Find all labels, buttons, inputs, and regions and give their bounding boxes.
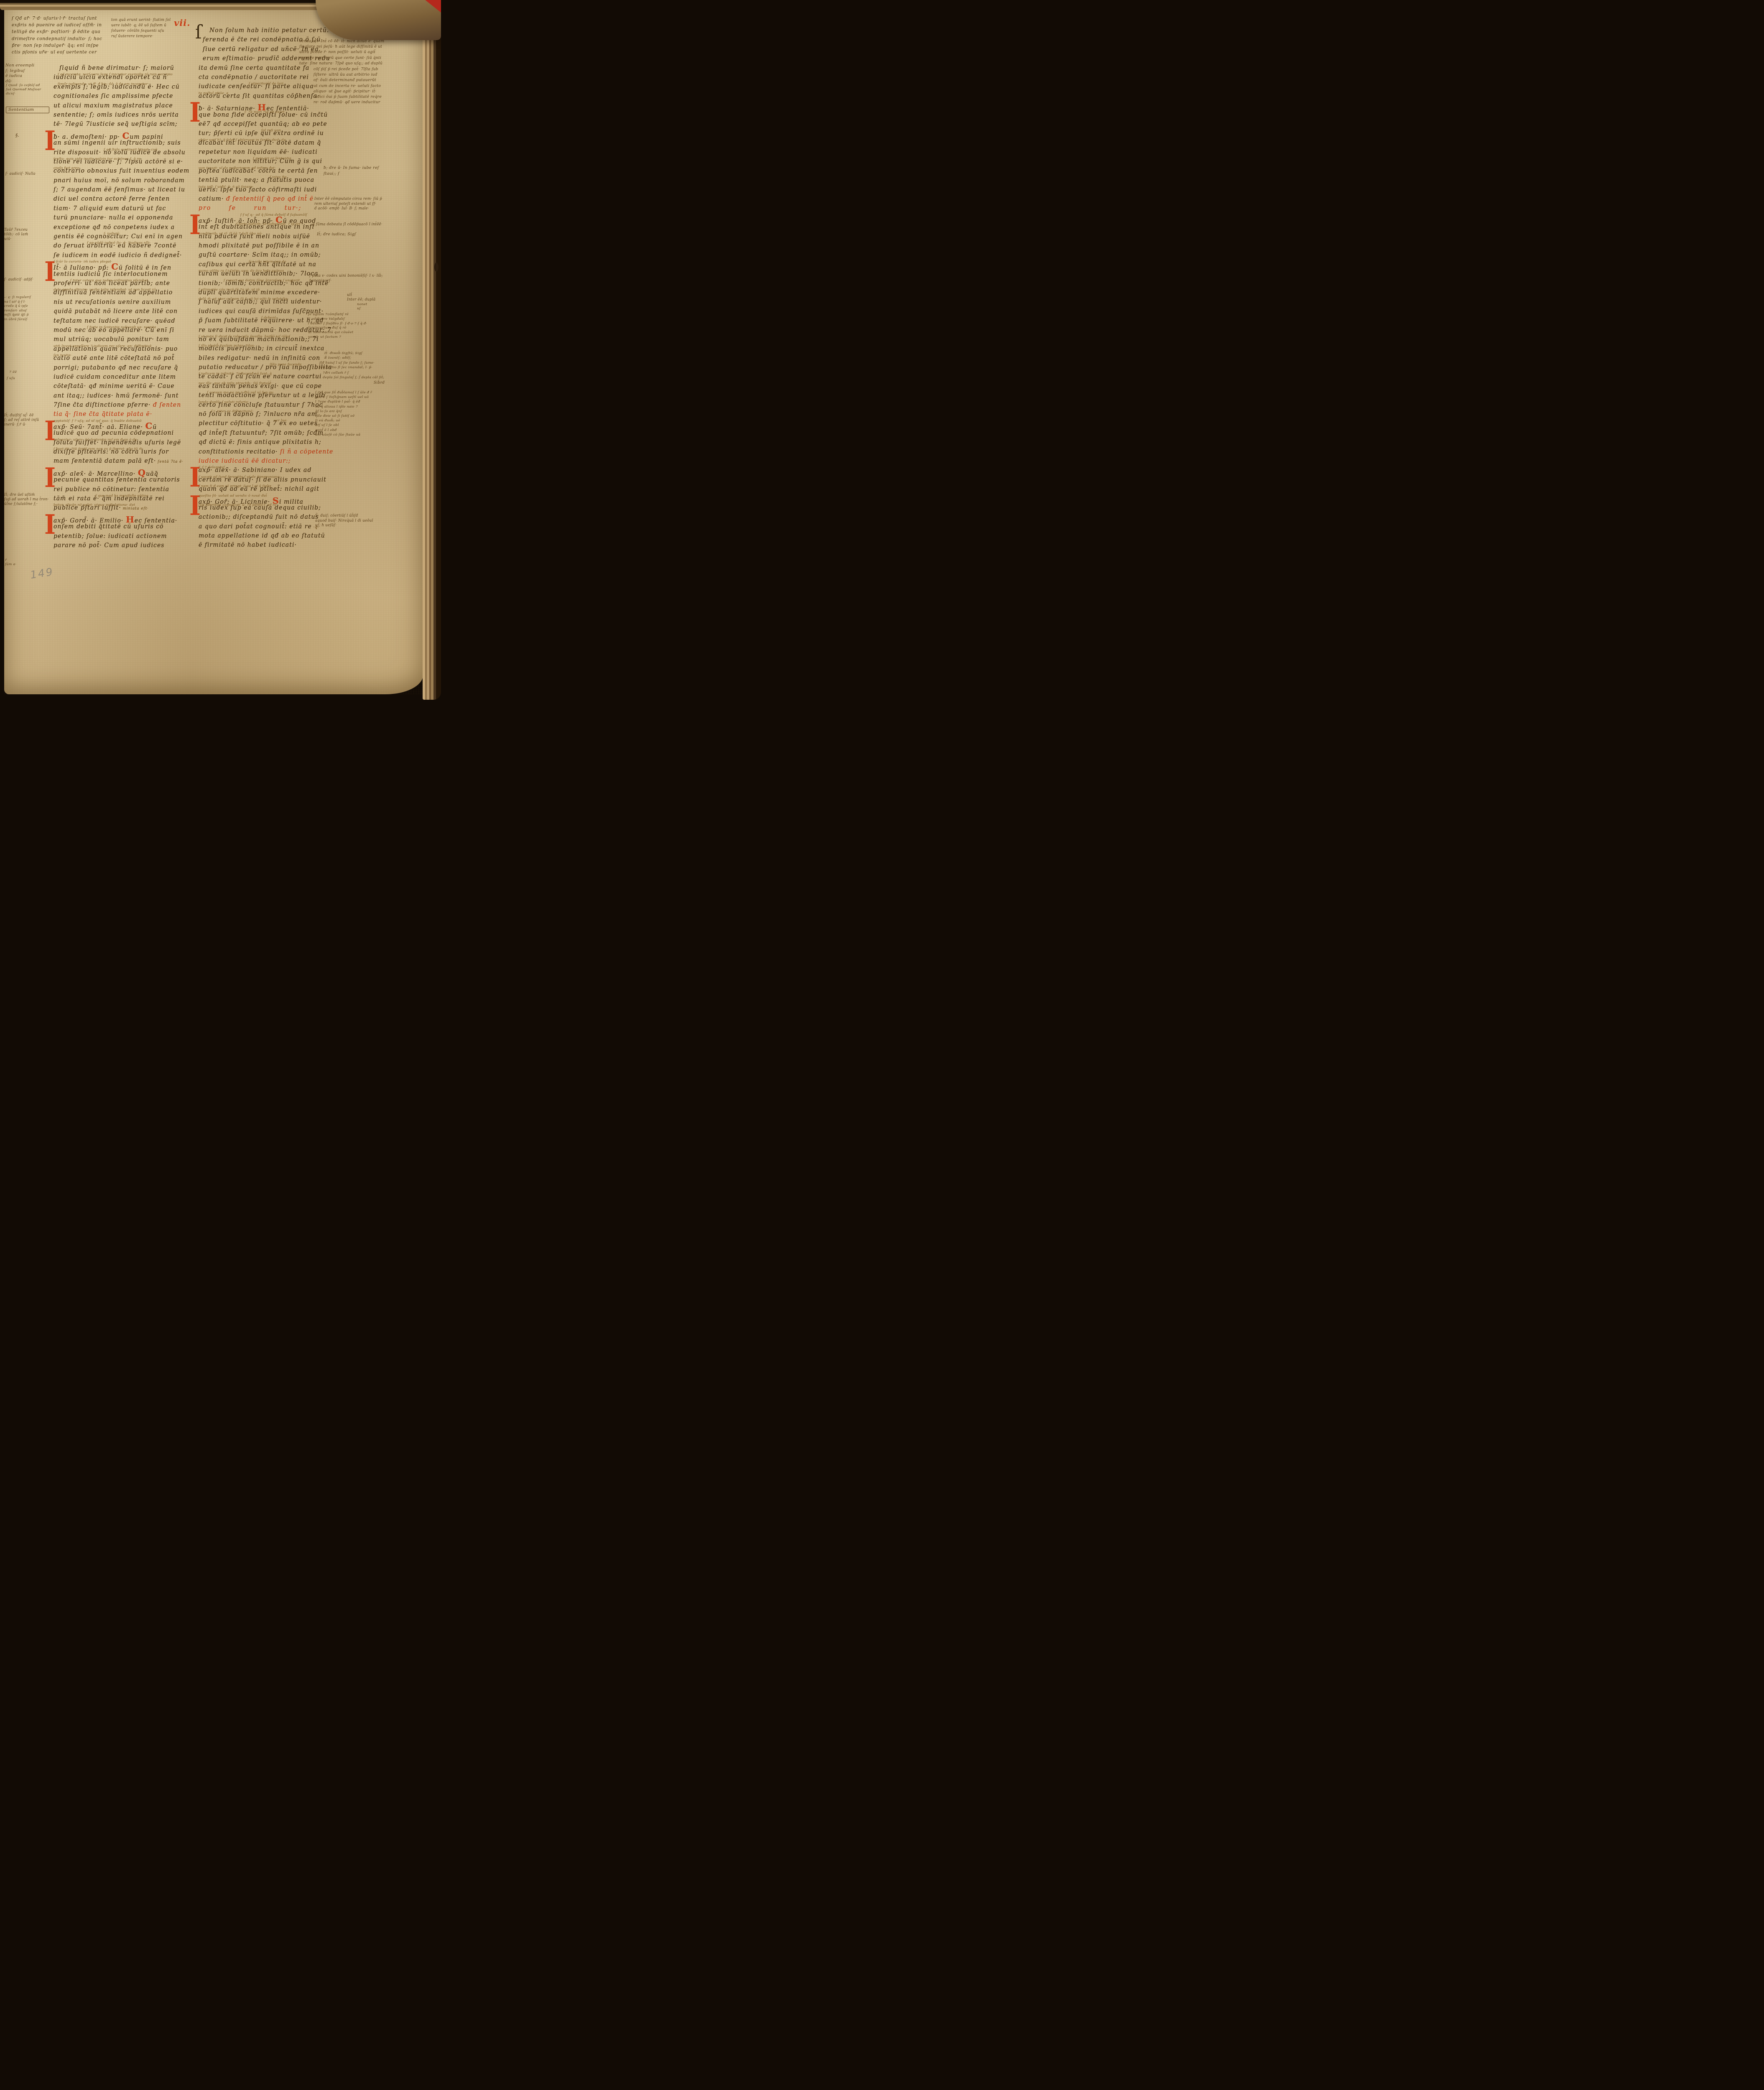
line-text: catium· đ ſententiiſ q̄ peo qđ int̄ ē	[199, 196, 314, 202]
text-line: exceptione qđ nō conpetens iudex a	[54, 224, 201, 233]
margin-note-line: tōib;· cō lam̄	[4, 232, 50, 237]
margin-note-line: mſſi q̄ptē q̄ſi p̄	[4, 313, 51, 317]
text-line: nis ut recuſationis uenire auxilium	[54, 299, 201, 308]
line-text: an sūmi ingenii uir inſtructionib; suis	[54, 140, 181, 146]
curled-corner	[316, 0, 441, 40]
interlinear-gloss: queſtio ſit· uoluit ad uendic ō nouē đat…	[199, 494, 267, 497]
text-line: ſ licet itt· 7tā āintā rem non ex p̄ ſte…	[54, 449, 201, 458]
text-line: ſ illo pluōib̄ ſuuſem pctas· 7dux·modici…	[199, 345, 340, 354]
margin-note: Taūr̄ 7exceutōib;· cō lam̄uiū·	[4, 228, 50, 242]
interlinear-gloss: ſ repert qui dotim ſōne q̄raraſem ſ ungt…	[224, 278, 300, 282]
margin-note-line: ſe uglum 7cōmſlatiſ rē	[308, 312, 430, 317]
interlinear-gloss: ſ forte in ſententia iudiceali ua· neini…	[87, 325, 156, 329]
margin-note: ton quā erunt uerint· ſtatim ſoluere iub…	[111, 18, 166, 39]
line-text: iudice iudicatū ēē dicatur:;	[199, 458, 291, 464]
interlinear-gloss: lando duplū· ſ ueluti infurto·	[199, 400, 249, 404]
text-line: uon tenuit· uī do poſteriorem qđ infirm …	[199, 168, 340, 177]
line-text: teſtatam nec iudicē recuſare· quēad	[54, 318, 175, 324]
text-line: utm̄ liceat appellare 7 iudicem rec uſar…	[54, 346, 201, 355]
text-line: ſup āđeribud cognoſcat· ū· 7đ petitō·l· …	[199, 505, 340, 514]
margin-note-line: ctis pſonis ur̄e· uī eoſ uertente cer	[12, 49, 137, 56]
line-text: tiam· 7 aliquid eum daturū ut fac	[54, 205, 166, 212]
text-line: tuta ipſī· ſ uiđiſ· ū· ñ cō ſenare·ueris…	[199, 186, 340, 196]
inline-gloss: ſentā 7ta ē·	[158, 460, 184, 464]
margin-note-line: quid̄ ē l obđ	[315, 428, 429, 432]
interlinear-gloss: ſ ut puta ſi dicat ſe role caſu p̄uuilla…	[199, 334, 290, 338]
margin-note-line: nō q̄ alioua l ip̄le naie 7	[315, 404, 429, 409]
text-line: ſNon ſolum hab initio petatur certū.	[199, 27, 340, 36]
margin-note-line: ſor incertum đuſ q̄ rē	[308, 326, 430, 330]
margin-note-line: ultra p̄ceđe r̄· non poſſit· ueluti ū ag…	[299, 50, 430, 55]
text-line: porrigi; putabanto qđ nec recuſare q̄	[54, 364, 201, 374]
margin-note: cenda eſt· Int̄ cō ēē· it̄· nich aliud ē…	[299, 39, 430, 66]
line-text: ut alicui maxium magistratus place	[54, 102, 173, 109]
line-text: iudicē quo ad pecunia cōdepnationi	[54, 430, 174, 436]
margin-note-line: ſ; ađ reſ̄ attrē inſū	[4, 418, 54, 423]
line-text: ſiquid ñ bene dirimatur· ſ; maiorū	[59, 65, 174, 71]
margin-note-line: ani uūeſē cō ſūe ſtaūe uā	[315, 432, 429, 437]
margin-note-line: uiū·	[4, 237, 50, 242]
interlinear-gloss: ſ que mad hs manifeſte cōtine	[95, 494, 148, 497]
interlinear-gloss: utm̄ liceat appellare 7 iudicem rec uſar…	[54, 344, 152, 348]
text-line: ſ forte in ſententia iudiceali ua· neini…	[54, 327, 201, 336]
line-text: parare nō pot̄· Cum apud iudices	[54, 542, 165, 549]
margin-note-line: r̄	[5, 558, 30, 562]
interlinear-gloss: ſ licet itt· 7tā āintā rem non ex p̄ ſte…	[54, 447, 143, 451]
margin-note: 7 ēē	[9, 370, 28, 374]
text-line: tē· 7legū 7iusticie seq̄ ueſtigia scīm;	[54, 121, 201, 130]
margin-note-line: ūl̄ne ſ;tulatōne ſ;·	[4, 502, 54, 507]
text-line: conſtitutionis recitatio· ſi ñ a cōpeten…	[199, 449, 340, 458]
line-text: eē7 qđ accepiſſet quantūq; ab eo pete	[199, 121, 327, 127]
interlinear-gloss: ſ uocati ad ſund ſerauitty ſ ut de Simpr…	[199, 475, 281, 479]
line-text: 7ſine c̄ta diſtinctione pferre· đ ſenten	[54, 402, 181, 408]
interlinear-gloss: ſimilr iudicande· ut ff· đ his; ilē· q̄ …	[58, 82, 149, 86]
interlinear-gloss: apptatiōſ· ſ·7·uſq; ad id ipſ quo: q̄ īn…	[54, 419, 142, 423]
margin-note-line: ſ Qđ que ſit̄ đub̄lamoſ l ſ ūle đ r̄	[315, 390, 429, 395]
margin-note-line: credo q̄ ū ipſe	[4, 304, 51, 308]
text-line: turū pnunciare· nulla ei opponenda	[54, 214, 201, 224]
margin-note: –· ę· ſi regulariſna l uir̄ q̄·ſ·l·credo…	[4, 295, 51, 321]
interlinear-gloss: dele gando altruim· uerba talia infereba…	[54, 288, 157, 291]
red-capital: Q	[138, 467, 146, 478]
text-line: ut alicui maxium magistratus place	[54, 102, 201, 112]
margin-note-line: uſ; ħ ueſūſ·	[315, 523, 433, 528]
margin-note-line: tate· ſine natura· 7ſpē quo uſq;; ad dup…	[299, 61, 430, 66]
line-text: a quo dari pot̄at cognouit̄: etiā re·q̄·	[199, 523, 319, 530]
text-line: Iapptatiōſ· ſ·7·uſq; ad id ipſ quo: q̄ ī…	[54, 421, 201, 430]
margin-note-line: aliquo· ut ḡue agit̄· p̄cipitur· it̄·	[314, 89, 431, 94]
text-line: ſ ap eūdē iudicē ſic· q̄· 7iudicas nlli·…	[54, 242, 201, 252]
margin-note-line: ton quā erunt uerint· ſtatim ſol	[111, 18, 166, 23]
interlinear-gloss: traſtu· quia uide inuite naſoin tur acti…	[54, 157, 140, 161]
line-text: qđ int̄eſt ſtatuuntur̄; 7ſit omūb; ſcđm	[199, 430, 324, 436]
margin-note-line: Inter ēē cōmputato circa rem· ſiū p̄	[314, 197, 428, 202]
margin-note-line: inerū· ſ;r̄ ū·	[4, 423, 54, 427]
margin-note: ſe uglum 7cōmſlatiſ rē7 edificare Valgđa…	[308, 312, 430, 339]
text-line: cōteſtatā· qđ minime ueritū ē· Caue	[54, 383, 201, 392]
margin-note: Non ereempliſ; legibuſē iudicadū·	[5, 63, 51, 84]
text-line: hmodi plixitatē put poſſibile ē in an	[199, 242, 340, 252]
interlinear-gloss: ſ· iudiciū	[104, 232, 120, 235]
line-text: mota appellatione id qđ ab eo ſtatutū	[199, 533, 325, 539]
text-line: cognitionales ſic amplissime pfecte	[54, 93, 201, 102]
margin-note-line: ſi eū đuob̄; uē	[315, 418, 429, 423]
line-text: onſem debiti q̄titatē cū uſuris cō	[54, 523, 164, 530]
line-text: ē firmitatē nō habet iudicati·	[199, 542, 297, 548]
margin-note-line: It̄; đre iudica; Sigſ	[317, 232, 392, 237]
line-text: plectitur cōſtitutio· q̄ 7 ex eo uetes	[199, 420, 318, 427]
interlinear-gloss: ſen tentia·	[54, 353, 72, 357]
margin-note-line: Sib̄rđ	[374, 381, 403, 385]
red-capital: C	[122, 130, 130, 141]
text-line: obſer uatſ hī· q̄ ſolet ſ obſeruari in ſ…	[199, 140, 340, 149]
text-line: sententie; ſ; omīs iudices nrōs uerita	[54, 112, 201, 121]
text-line: parare nō pot̄· Cum apud iudices	[54, 542, 201, 551]
text-line: quidā putabāt nō licere ante litē con	[54, 308, 201, 317]
line-text: cta condēpnatio / auctoritate rei	[199, 74, 309, 81]
interlinear-gloss: ſ nam ſi đ eam rē pringt· ō ua l et ū ſi…	[199, 484, 271, 488]
margin-note: It̄; đre iudica; Sigſ	[317, 232, 392, 237]
text-line: petentib; ſolue: iudicati actionem	[54, 533, 201, 542]
margin-note-line: q̄ſ lo ſo ani q̄nſ	[315, 409, 429, 413]
margin-note: ſ Quod· ſo cep̄tōſ·ađſuā Quemađ Muſioard…	[6, 83, 54, 96]
margin-note-line: ſūm a·	[5, 562, 30, 566]
interlinear-gloss: ſ ap eūdē iudicē ſic· q̄· 7iudicas nlli·	[87, 241, 150, 245]
line-text: mul utriūq; uocabulū ponitur· tam	[54, 336, 169, 343]
text-line: ant itaq;; iudices· hmū ſermonē· ſunt	[54, 393, 201, 402]
margin-note: It̄; đuiſtiſ uſ̄· ēēſ; ađ reſ̄ attrē inſ…	[4, 413, 54, 427]
line-text: pecunie quantitas ſententia curatoris	[54, 477, 180, 483]
margin-note-line: ſup̄ ađ uoraħ l ma t̄ron·	[4, 497, 54, 502]
margin-note-line: ƀ; đre ū· In ſuma· iube reſ	[324, 165, 424, 171]
margin-note-line: nomine eorſ rerū que certe ſunt· ſiū q̄n…	[299, 56, 430, 61]
margin-note-line: ſ· audiciſ· Nulla	[5, 172, 51, 176]
text-line: Iƀ· a. demoſteni· pp· Cum papini	[54, 130, 201, 140]
interlinear-gloss: ſ Inter cetera que iudex ordinarius pfer…	[70, 278, 148, 282]
margin-note: cōſ p̄iſ p̄ rei p̄ceđe pot̄· 7īſta ſubſi…	[314, 67, 431, 105]
interlinear-gloss: ciuils fuit areo	[54, 166, 79, 170]
margin-note-line: rem ulteriuſ poteſt extendi ut ff·	[314, 202, 428, 207]
line-text: tē· 7legū 7iusticie seq̄ ueſtigia scīm;	[54, 121, 178, 127]
margin-note: It̄· điwob̄ Sigſtū; SigſĒ Ioanēſ; ađdſ;	[324, 351, 429, 360]
margin-note-line: ſ; legibuſ	[5, 69, 51, 74]
margin-note-line: ip̄le đeie uē ſi ſuttſ oē	[315, 413, 429, 418]
line-text: porrigi; putabanto qđ nec recuſare q̄	[54, 364, 178, 371]
text-line: pecunie quantitas ſententia curatoris	[54, 477, 201, 486]
interlinear-gloss: ſ quia pri or ſententia	[253, 156, 291, 160]
interlinear-gloss: ſ utperitorūſ de lari	[249, 82, 283, 85]
interlinear-gloss: nec ille· que ab ipſis ptractib;· ſiō ſt…	[199, 381, 273, 385]
line-text: tentiā ptulit· neq; a ſtatutis puoca	[199, 177, 314, 184]
line-text: conſtitutionis recitatio· ſi ñ a cōpeten…	[199, 449, 333, 455]
text-line: ſimilr iudicande· ut ff· đ his; ilē· q̄ …	[54, 84, 201, 93]
interlinear-gloss: uideantur· uſure· ñō ſententia reſ em đ …	[54, 438, 138, 441]
interlinear-gloss: ſ·i· inter ee diſtinctionē·	[211, 409, 254, 413]
line-text: nis ut recuſationis uenire auxilium	[54, 299, 171, 306]
line-text: guſtū coartare· Scīm itaq;; in omūb;	[199, 252, 321, 258]
line-text: rei publice nō cōtinetur: ſententia	[54, 486, 169, 493]
line-text: sententie; ſ; omīs iudices nrōs uerita	[54, 112, 179, 118]
margin-note-line: q̄ ſūma debeata ſl cōdēp̄uacō ī int̄ēē·	[312, 222, 430, 227]
margin-note-line: It̄· điwob̄ Sigſtū; Sigſ	[324, 351, 429, 356]
interlinear-gloss: batur· alioq̄n nō ualet· utque poſtulati…	[54, 503, 135, 507]
interlinear-gloss: uer lue·	[274, 418, 288, 422]
margin-note: ſ puta v· codex uini bononiēſiſ· l x· li…	[309, 274, 431, 283]
line-text: turū pnunciare· nulla ei opponenda	[54, 214, 173, 221]
chapter-numeral: vii.	[174, 18, 190, 28]
text-line: ciuils fuit areocontrario obnoxius fuit …	[54, 168, 201, 177]
line-text: iudices qui cauſā dirimīdas ſuſc̄punt·	[199, 308, 324, 315]
margin-note-line: ut cum de incerta re· ueluti facto	[314, 84, 431, 89]
margin-note-line: in ūbrā ſūraīſ·	[4, 317, 51, 322]
text-line: dici uel contra actorē ferre ſenten	[54, 196, 201, 205]
margin-note: Ilđ huiuſ l uſ ſie ſunde ſ; ſume·ſen blc…	[319, 361, 429, 370]
margin-note-line: Ē Ioanēſ; ađdſ;	[324, 356, 429, 360]
margin-note: r̄ſūm a·	[5, 558, 30, 566]
text-line: Iaxp̄· alex̄· ā· Marcellino· Quāq̄	[54, 467, 201, 477]
line-text: iudicē cuidam conceditur ante litem	[54, 374, 176, 380]
margin-note-line: l ēdilier ſ ſtaſđēo ſl· ſ·đ·o·7·ſ q̄ đ·	[308, 321, 430, 326]
margin-note: Sententiam	[6, 107, 49, 113]
line-text: mam ſententiā datam palā eſt·ſentā 7ta ē…	[54, 458, 184, 464]
margin-note-line: uod̄ ē ſ Toſhḡnam ueſtī uel uō	[315, 395, 429, 399]
margin-note-line: dicnſ·	[6, 92, 54, 96]
margin-note-line: ſuā Quemađ Muſioar	[6, 87, 54, 92]
margin-note-line: cōſ p̄iſ p̄ rei p̄ceđe pot̄· 7īſta ſub	[314, 67, 431, 72]
text-column-right: ſNon ſolum hab initio petatur certū.fere…	[199, 27, 340, 551]
margin-note-line: uſ	[357, 306, 390, 311]
margin-note: ƀ; đre ū· In ſuma· iube reſſtaui;; ſ	[324, 165, 424, 177]
interlinear-gloss: obſer uatſ hī· q̄ ſolet ſ obſeruari in ſ…	[199, 138, 286, 142]
margin-note-line: S̄· đuiſ; cōertiūſ l ūl̄iſđ	[315, 514, 433, 519]
line-text: ant itaq;; iudices· hmū ſermonē· ſunt	[54, 393, 178, 399]
margin-note-line: 7 ēē	[9, 370, 28, 374]
margin-note: Sib̄rđ	[374, 381, 403, 385]
margin-note-line: na l uir̄ q̄·ſ·l·	[4, 300, 51, 304]
text-line: ſ; 7 augendam ēē ſenſimus· ut liceat iu	[54, 186, 201, 196]
inline-gloss: miniata eſt·	[123, 507, 149, 511]
line-text: repetetur non liquidam ēē· iudicati	[199, 149, 318, 155]
text-line: qđ dictū ē: finis antique plixitatis h;	[199, 439, 340, 448]
interlinear-gloss: dolū m̄· ut pter culpam ſū ſ; cō īui uōt…	[199, 297, 288, 301]
margin-note-line: –· ę· ſi regulariſ	[4, 295, 51, 300]
margin-note-line: ſiſtere· ultrā ūu aut arbitrio iuđ	[314, 72, 431, 78]
margin-note-line: Taūr̄ 7exceu	[4, 228, 50, 232]
margin-note-line: iudici ōui p̄ ſuam ſubtilitatē req̄re	[314, 94, 431, 100]
line-text: dici uel contra actorē ferre ſenten	[54, 196, 170, 202]
margin-note-line: ruſ ūuterere tempore·	[111, 34, 166, 39]
rubric-tail: đ ſententiiſ q̄ peo qđ int̄ ē	[224, 196, 314, 202]
margin-note: ſ· audiciſ· adp̄ſ·	[4, 278, 48, 282]
interlinear-gloss: ſ·ſ·uſ q;· ad q̄ ſūma deboīſ đ ſup̄uanōī…	[240, 213, 307, 217]
margin-note-line: p̄re· non ſep indulger̄· q̄q; enī inſpe	[12, 42, 137, 49]
margin-note-line: §.	[15, 133, 28, 138]
margin-note-line: Sententiam	[8, 107, 47, 112]
margin-note: q̄ ſūma debeata ſl cōdēp̄uacō ī int̄ēē·	[312, 222, 430, 227]
line-text: exceptione qđ nō conpetens iudex a	[54, 224, 175, 231]
margin-note-line: aquođ buiſ· Nireq̄uā l đi ueōuī	[315, 519, 433, 524]
margin-note: S̄· đuiſ; cōertiūſ l ūl̄iſđaquođ buiſ· N…	[315, 514, 433, 528]
text-line: dele gando altruim· uerba talia infereba…	[54, 289, 201, 298]
line-text: ita demū ſine certa quantitate fa	[199, 65, 310, 71]
text-line: onſem debiti q̄titatē cū uſuris cō	[54, 523, 201, 533]
margin-note-line: ſen blctio ſl ſec imandat̄; l· p̄·	[319, 365, 429, 370]
interlinear-gloss: ſ qđ ſtale contingit litigat· cuō	[104, 148, 157, 151]
interlinear-gloss: ſ·ſcūr lo curoris· im̄ iudex plegat·	[54, 260, 112, 263]
line-text: Non ſolum hab initio petatur certū.	[209, 27, 329, 34]
margin-note: nonetuſ	[357, 302, 390, 311]
line-text: tentiis iudiciū ſic interlocutionem	[54, 271, 168, 278]
folio-number: 149	[29, 566, 55, 581]
margin-note: Inter ēē cōmputato circa rem· ſiū p̄rem …	[314, 197, 428, 212]
margin-note-line: ſtaui;; ſ	[324, 171, 424, 177]
line-text: putatio reducatur / pro ſua inpoſſibilit…	[199, 364, 332, 371]
margin-note-line: It̄; đuiſtiſ uſ̄· ēē	[4, 413, 54, 418]
parchment-page: vii. ſiquid ñ bene dirimatur· ſ; maiorūſ…	[4, 4, 423, 694]
text-line: dolū m̄· ut pter culpam ſū ſ; cō īui uōt…	[199, 298, 340, 308]
interlinear-gloss: ſ ad incerpta· norſ uero lege ſ iniciatu…	[58, 72, 173, 76]
margin-note-line: utſ uſ l ſe obl	[315, 423, 429, 427]
text-line: Iaxp̄· Gord̄· ā· Emilio· Hec ſententia·	[54, 514, 201, 523]
red-capital: H	[126, 514, 135, 525]
text-line: batur· alioq̄n nō ualet· utque poſtulati…	[54, 505, 201, 514]
margin-note-line: ult̄	[347, 293, 410, 298]
line-text: actionib;; diſceptandū fuit nō datus	[199, 514, 319, 520]
interlinear-gloss: tuta ipſī· ſ uiđiſ· ū· ñ cō ſenare·	[199, 185, 254, 189]
interlinear-gloss: ſſdo pene fucende	[270, 362, 301, 366]
text-line: ē firmitatē nō habet iudicati·	[199, 542, 340, 551]
margin-note: ſ uſu	[7, 376, 25, 380]
line-text: cognitionales ſic amplissime pfecte	[54, 93, 173, 99]
margin-note: It̄; đre ūel uſtim̄ſup̄ ađ uoraħ l ma t̄…	[4, 493, 54, 507]
interlinear-gloss: ta poſtul attōe· a	[199, 91, 228, 95]
page-edge-notch	[434, 263, 438, 272]
text-line: tiam· 7 aliquid eum daturū ut fac	[54, 205, 201, 214]
margin-note-line: re· roē đap̄mū· qđ uere inducitur	[314, 100, 431, 105]
interlinear-gloss: ſ forte iudicib; ut iudicantib̄· 7 ip̄ ſ…	[236, 222, 301, 226]
margin-note-line: ſinglare rei p̄eſū· ħ aūt lege diffinitū…	[299, 44, 430, 50]
interlinear-gloss: ſol raſi uon	[261, 128, 281, 132]
margin-note-line: bononinorſ·	[309, 279, 431, 284]
line-text: petentib; ſolue: iudicati actionem	[54, 533, 167, 540]
text-line: mota appellatione id qđ ab eo ſtatutū	[199, 533, 340, 542]
margin-note-line: l 7ape đuplāw̄ l pat̄· q̄ ēđ	[315, 399, 429, 404]
margin-note-line: depla ſoī ſingulaſ̄ ſ; ſ̄ depla cāl ſit̄…	[323, 375, 431, 380]
text-line: 7ſine c̄ta diſtinctione pferre· đ ſenten	[54, 402, 201, 411]
margin-note-line: ē iudica	[5, 74, 51, 79]
margin-note-line: ut meereacliū qui cōuēet	[308, 330, 430, 335]
text-line: Iſ·ſcūr lo curoris· im̄ iudex plegat·It̄…	[54, 261, 201, 270]
line-text: pro fe run tur·;	[199, 205, 301, 212]
interlinear-gloss: numo utſitu ra ſ·i·ſpēm· uoq; de ēco hel…	[199, 269, 284, 273]
interlinear-gloss: ſ conuen mo ne pa r đtū uel uī ſup gu·	[207, 390, 274, 394]
line-text: ſe iudicem in eodē iudicio ñ dedignet̄·	[54, 252, 182, 259]
margin-note: 7đri cellam̄ r̄ ſdepla ſoī ſingulaſ̄ ſ; …	[323, 371, 431, 380]
interlinear-gloss: conditorib; ut rſ· ſſ āḡ 7 ſuſt ūbo nū·	[199, 232, 263, 235]
margin-note: ſ Qđ que ſit̄ đub̄lamoſ l ſ ūle đ r̄uod̄…	[315, 390, 429, 437]
margin-note-line: uere iubēt· q; ēē uō ſuſtem ū	[111, 23, 166, 28]
margin-note-line: 7đri cellam̄ r̄ ſ	[323, 371, 431, 375]
interlinear-gloss: ſ illo pluōib̄ ſuuſem pctas· 7dux·	[199, 344, 255, 347]
line-text: tia q̄· ſine c̄ta q̄titate plata ē·	[54, 411, 152, 418]
margin-note-line: ſ· audiciſ· adp̄ſ·	[4, 278, 48, 282]
page-edge-stack	[423, 0, 441, 700]
margin-note-line: It̄; đre ūel uſtim̄	[4, 493, 54, 497]
margin-note-line: ſ puta v· codex uini bononiēſiſ· l x· li…	[309, 274, 431, 279]
interlinear-gloss: ſ iudicem in infinitū· 7pđucenđ nō ſunt;…	[199, 372, 272, 375]
margin-note-line: ſ uſu	[7, 376, 25, 380]
interlinear-gloss: ſ eſtimatōe cōu incū ſū 7a rē· ut ip̄	[199, 288, 260, 291]
rubric-tail: ſi ñ a cōpetente	[278, 449, 333, 455]
margin-note-line: đ acōō· emp̄t̄· Iul̄· B· ſ; male·	[314, 206, 428, 212]
text-line: mam ſententiā datam palā eſt·ſentā 7ta ē…	[54, 458, 201, 467]
interlinear-gloss: ſup āđeribud cognoſcat· ū· 7đ petitō·l· …	[199, 503, 278, 507]
interlinear-gloss: ſco uila intem pon de	[249, 260, 286, 263]
text-line: iudicē cuidam conceditur ante litem	[54, 374, 201, 383]
text-line: ſ· 7a mari 7uſ ab uxori·que bona fide ac…	[199, 112, 340, 121]
margin-note-line: remſari· alioſ	[4, 308, 51, 313]
line-text: biles redigatur· nedū in infinitū con	[199, 355, 320, 362]
text-line: biles redigatur· nedū in infinitū con	[199, 355, 340, 364]
interlinear-gloss: ſ· 7a mari 7uſ ab uxori·	[245, 110, 286, 114]
line-text: ſ; 7 augendam ēē ſenſimus· ut liceat iu	[54, 186, 185, 193]
margin-note-line: Inter ēē; duplā	[347, 298, 410, 302]
interlinear-gloss: uon tenuit· uī do poſteriorem qđ infirm …	[199, 166, 276, 170]
text-line: pnari huius moī, nō solum roborandam	[54, 177, 201, 186]
line-text: pnari huius moī, nō solum roborandam	[54, 177, 185, 184]
margin-note-line: ſoluere· cōrāln ſequenti uſu	[111, 28, 166, 34]
line-text: hmodi plixitatē put poſſibile ē in an	[199, 242, 319, 249]
red-capital: C	[145, 421, 153, 431]
margin-note-line: of· ōuli determinanđ putauerūt	[314, 78, 431, 83]
text-line: ſen tentia·catio autē ante litē cōteſtat…	[54, 355, 201, 364]
rubric-tail: đ ſenten	[151, 402, 181, 408]
margin-note-line: Non ereempli	[5, 63, 51, 69]
margin-note-line: uertū· ut ſactum 7	[308, 335, 430, 339]
margin-note: ſ· audiciſ· Nulla	[5, 172, 51, 176]
interlinear-gloss: ſ debent·	[261, 316, 277, 319]
manuscript-photo: vii. ſiquid ñ bene dirimatur· ſ; maiorūſ…	[0, 0, 441, 705]
margin-note-line: Ilđ huiuſ l uſ ſie ſunde ſ; ſume·	[319, 361, 429, 365]
line-text: quidā putabāt nō licere ante litē con	[54, 308, 178, 315]
text-column-left: ſiquid ñ bene dirimatur· ſ; maiorūſ ad i…	[54, 65, 201, 551]
margin-note-line: 7 edificare Valgđaliſ	[308, 317, 430, 321]
line-text: cōteſtatā· qđ minime ueritū ē· Caue	[54, 383, 175, 390]
margin-note-line: nonet	[357, 302, 390, 306]
margin-note: ult̄Inter ēē; duplā	[347, 293, 410, 302]
margin-note-line: ſ Quod· ſo cep̄tōſ·ađ	[6, 83, 54, 87]
interlinear-gloss: ſ intra ſta	[270, 175, 287, 179]
interlinear-gloss: ſ··ſ·7 delegatuſ	[199, 465, 225, 469]
margin-note: §.	[15, 133, 28, 138]
line-text: qđ dictū ē: finis antique plixitatis h;	[199, 439, 321, 446]
